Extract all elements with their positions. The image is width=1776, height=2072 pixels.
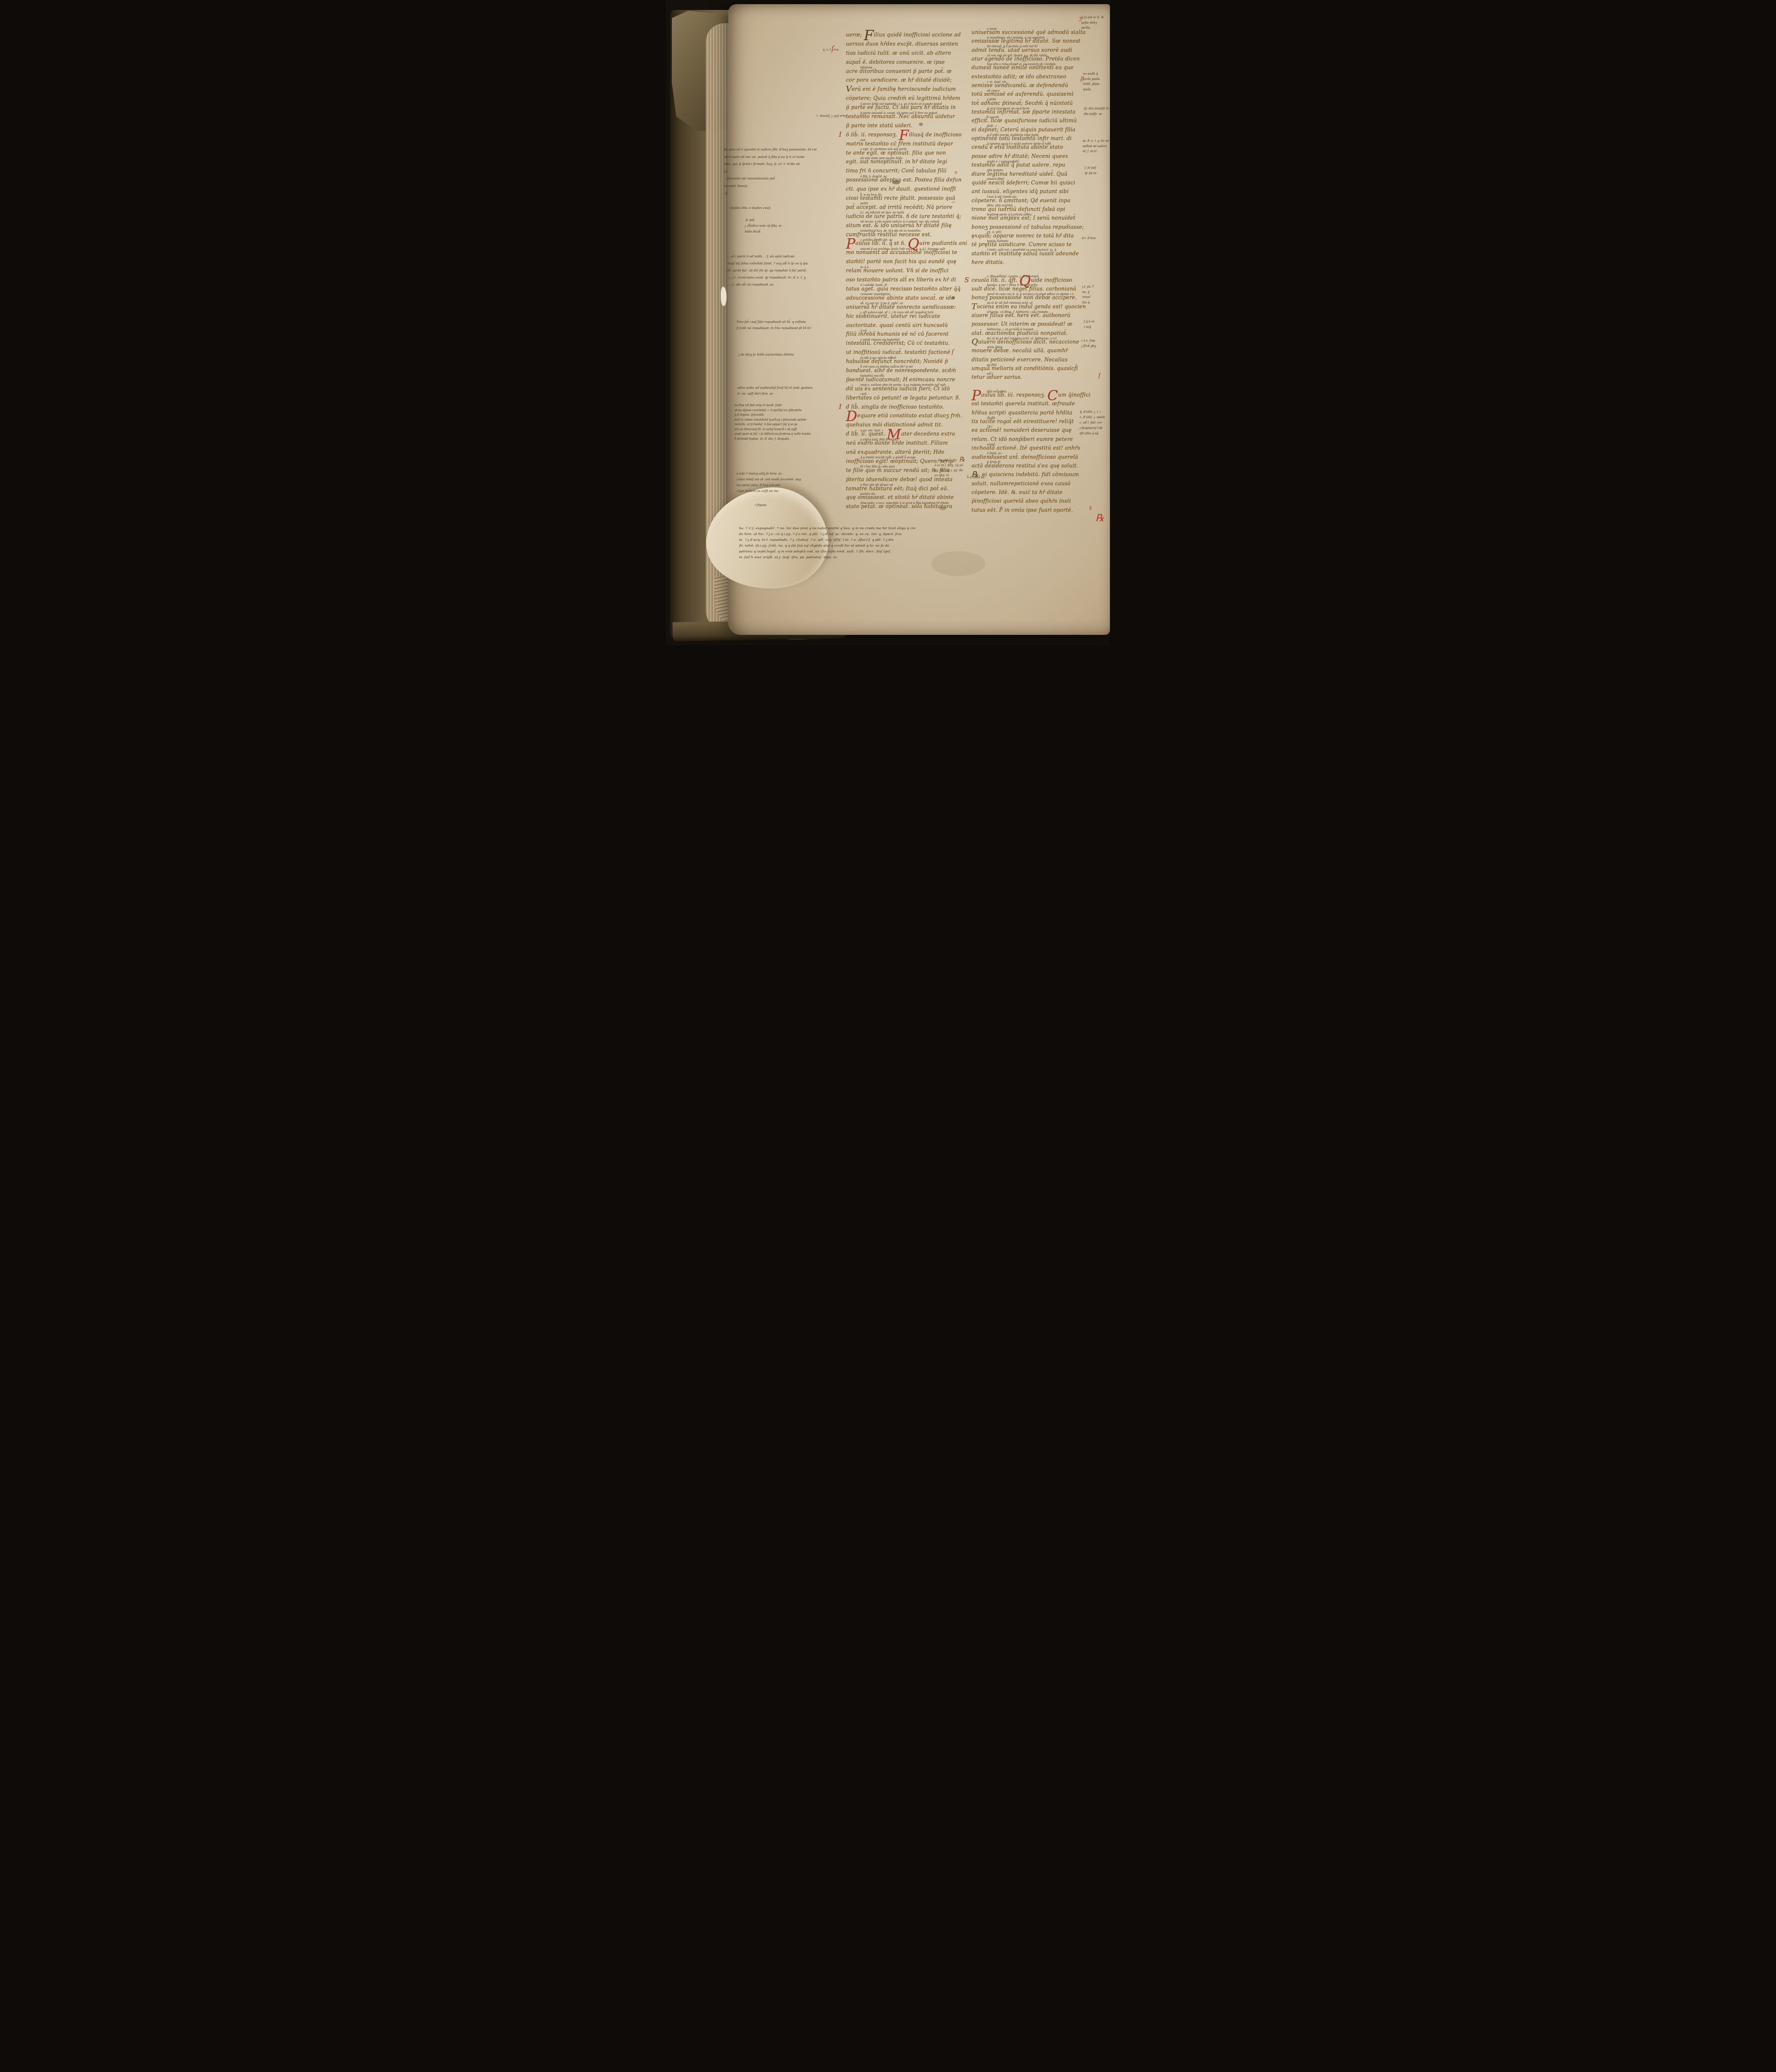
text-line: p̄ q̄rela fc̄actā desiderans restitui s'… [972, 462, 1090, 471]
interlinear-gloss: ab eyuco [987, 89, 1000, 92]
interlinear-gloss: petiit. [860, 202, 869, 205]
gloss-line: hr̄dit̄. p̄lata [1083, 82, 1100, 87]
interlinear-gloss: eū filiū [987, 363, 997, 367]
interlinear-gloss: s̄ filij. s̄. dsuic̄d. ac. [860, 175, 888, 178]
text-line: catū.libertates cō petunt! œ legata petu… [846, 395, 957, 404]
margin-gloss-left: duplex lita. e duplex cauſ. [730, 205, 771, 211]
interlinear-gloss: s̄.i. an infirmū sit q̄ua. an iustū [860, 211, 904, 214]
interlinear-gloss: s̄s q̄ ā. [860, 266, 870, 269]
interlinear-gloss: q̄ d̄ ioffō exerat. Sup̄dicta rōne fortā [987, 133, 1038, 137]
interlinear-gloss: 14 i [987, 425, 992, 428]
text-line: Dequare etiā constituto extat diuoʒ frm̄… [846, 412, 957, 421]
page-edge-chip [721, 287, 727, 306]
margin-gloss-right: d.t. đ bon [1082, 236, 1096, 241]
interlinear-gloss: h̄ enī casu ex tētētia iud̄icis fit? q̄ … [860, 365, 913, 368]
interlinear-gloss: p̄ q̄rela fc̄ [987, 460, 1001, 464]
text-line: legitima parte q̄ ē relicta alib̄to.nion… [972, 215, 1090, 223]
gloss-line: lua parte ſalui. ſt hoʒ put put [737, 482, 801, 488]
foot-gloss-block: ho. 7 C.ſ. expugnabr̄. 7 no. hic duo pmū… [739, 525, 916, 560]
gloss-line: Supſ diſ ſiduo exh̄rdati fuīnt. 7 eoʒ al… [727, 260, 808, 267]
intercolumn-gloss: -7- [951, 200, 955, 205]
text-line: cōpetere. Idē. ℞. euic̄ ta hr̄ ditate [972, 489, 1090, 498]
interlinear-gloss: tā i hac filia q̄ i alia quis. [860, 465, 896, 468]
text-line: filiū exh̄rdatū.Paulus lib̄. iii. respon… [972, 392, 1090, 400]
gloss-line: ut ao aſpuai cunctataſ. i. d apellaſ ire… [734, 408, 811, 413]
text-line: amaioī p̄bat̄.quidē nescit s̄deferri; Cu… [972, 179, 1090, 188]
gloss-line: i neḡ [1084, 324, 1095, 330]
gloss-line: d.t. đ bon [1082, 236, 1096, 241]
gloss-line: a iuſe 7 maioʒ uidʒ ſe tena. ac. [737, 471, 801, 477]
gloss-line: i ſuui debent on coſſt an me. [737, 488, 801, 494]
gloss-line: remc̄do. ut p̄ hiedaſ. n̄ fua apparc̄ fa… [734, 422, 811, 427]
margin-gloss-left: a iuſe 7 maioʒ uidʒ ſe tena. ac.i daui i… [737, 471, 801, 494]
interlinear-gloss: s ihac sp̄e ab aliquo op [860, 483, 893, 487]
gloss-line: ȷ ſtegataruſ l'ab [1080, 426, 1105, 431]
interlinear-gloss: l'suū q̄ uiē c̄petat eis. [987, 195, 1017, 198]
margin-gloss-right: ſ. ſe poſq̄r p̄a tu [1085, 165, 1096, 176]
gloss-line: pi. [724, 168, 817, 175]
margin-gloss-right: ut. đ. e. l. y. ūn nōuidbat̄ ad ualereut… [1083, 138, 1109, 154]
gloss-line: ȷ.t. px̄. l' [1082, 284, 1094, 290]
gloss-line: iſto filio q̄ aḡ [1080, 431, 1105, 436]
interlinear-gloss: d̄ioffō. [987, 416, 996, 420]
interlinear-gloss: q̄ eḡ. [860, 329, 867, 332]
paraph-mark: q̄ [1089, 506, 1092, 510]
text-line: tias iudiciū tulit. œ unū uicit. ab alte… [846, 50, 957, 59]
gloss-line: q̄. đ edic̄. ȷ. l. i. [1080, 409, 1105, 415]
margin-gloss-left: i ſtipam. [755, 502, 767, 508]
margin-initial: I [839, 403, 842, 411]
text-line: ab inte stato peti ascp̄to hr̄deegit. au… [846, 158, 957, 167]
margin-gloss-right: ſ q̄ ē exi neḡ [1084, 319, 1095, 329]
margin-gloss-right: q̄ ſs uid ur d. ℞poſte debʒperda. [1081, 15, 1104, 31]
interlinear-gloss: p̄hto. ubti scūc̄dat [987, 204, 1013, 207]
paraph-mark: ß [1081, 76, 1084, 82]
text-line: tidutanaacre ditoribus conueniri p̄ part… [846, 68, 957, 77]
text-column-right: o misit.uniuersam successionē quē admodū… [972, 29, 1090, 516]
margin-gloss-left: no fina uit̄ fuit emp d ciuult. ſutſr.ut… [734, 403, 811, 441]
footnote-line: te. 7.j.d acq. hr.l. repudiada. 7.j. clo… [739, 537, 916, 543]
paraph-mark: ʒ [1079, 16, 1082, 21]
footnote-line: patrono q cepit legat̄. q m erat adeptū … [739, 549, 916, 554]
interlinear-gloss: s̄ p̄titā. [987, 98, 997, 101]
gloss-line: p.d legans. ſeſcendit. [734, 413, 811, 418]
text-line: osi testam̄ti querela instituit. œfraude [972, 400, 1090, 409]
interlinear-gloss: al'uerus. cū filius. f. hr̄ditariō. ȷ ab… [987, 310, 1049, 314]
text-column-left: uerœ; Filius quidē inofficiosi accione a… [846, 31, 957, 512]
interlinear-gloss: p̄ma satio. s ea.s. ispectiōe q̄ si sicu… [860, 501, 949, 505]
interlinear-gloss: s̄ itotū. solū mō. i quadrātē sʒ unaʒ le… [987, 248, 1056, 252]
paraph-mark: : [954, 240, 955, 244]
interlinear-gloss: s̄ʒ idō q̄ ieo relicta n̄db̄nt̄. [860, 356, 897, 360]
text-line: s̄s q̄ ā.relam mouere uolunt. Vn̄ si de … [846, 267, 957, 276]
interlinear-gloss: q̄ nō ē ic̄ueniens qa ex p̄ facto [987, 107, 1030, 110]
gloss-line: ex qbʒ. rc̄. [935, 473, 964, 478]
interlinear-gloss: u ex. viii. ūais̄. [860, 429, 881, 432]
footnote-line: ho. 7 C.ſ. expugnabr̄. 7 no. hic duo pmū… [739, 525, 916, 531]
interlinear-gloss: dulē. [987, 124, 994, 128]
interlinear-gloss: h̄ euenit. [987, 116, 999, 119]
interlinear-gloss: abū testato. [987, 169, 1004, 172]
gloss-line: c. đ ēdic̄. ȷ. indeb [1080, 415, 1105, 420]
gloss-line: ȷ. ſb̄ūdico note cp̄ filią. ac [745, 223, 782, 229]
interlinear-gloss: testam̄tū p̄ boʒ. p̄s. tūʒ ip̄a sit ex t… [860, 229, 921, 232]
gloss-line: uidbat̄ ad ualere [1083, 144, 1109, 149]
paraph-mark: ſ [831, 46, 834, 52]
gloss-line: q̄2 dixi ſemiſſē m̄ [1084, 106, 1109, 111]
interlinear-gloss: p̄ parte intestat̄ & cessit. ab initio a… [860, 111, 938, 115]
gloss-line: ſ q̄ ē ex [1084, 319, 1095, 324]
rubricated-initial: Q [972, 337, 978, 346]
gloss-line: c.t.e. ſiqu [1081, 338, 1096, 344]
gloss-line: pʒ. qōi. ſʒ. ȷ. pʒ. ibi. [935, 468, 964, 473]
interlinear-gloss: s patrē rūpens eis testam̄tū. [860, 338, 901, 341]
text-line: al'uerus. cū filius. f. hr̄ditariō. ȷ ab… [972, 312, 1090, 321]
text-line: p̄ parte intestat̄ & cessit. ab initio a… [846, 113, 957, 122]
interlinear-gloss: a repudiassʒ. ab i testato. s cui oppoit… [987, 36, 1044, 39]
interlinear-gloss: q̄ minime ueʒʒ ō s uictā asorore q̄rete … [987, 142, 1052, 145]
text-line: ℞. ei quisciens indebitū. fidī cōmissum [972, 471, 1090, 480]
margin-gloss-left: adno uotte ad audiendoſ fruiſ liſ ut ant… [737, 385, 813, 397]
manuscript-photo: uerœ; Filius quidē inofficiosi accione a… [666, 0, 1110, 645]
interlinear-gloss: q̄rela p̄lata. [987, 346, 1003, 349]
interlinear-gloss: ipetōe hīditatis [987, 240, 1008, 243]
footnote-line: do hire. ut hic. 7.j.e. cū q.i.pʒ. 7.ſ.e… [739, 531, 916, 537]
interlinear-gloss: siuenit p̄ ea renūtiau q̄rele l'tp̄r exc… [860, 247, 946, 251]
gloss-line: q̄ ſs uid ur d. ℞ [1081, 15, 1104, 20]
margin-initial: S [964, 276, 969, 284]
interlinear-gloss: ita obiciat̄. q̄ d̄ portiōe q̄ retiī iuē… [987, 45, 1037, 48]
interlinear-gloss: i. vi. ūaas̄. tm̄. [987, 80, 1007, 84]
rubricated-initial: T [972, 302, 977, 311]
gloss-line: .: p̄sessiōe iuē manumissiōis pat̄ [724, 175, 817, 182]
gloss-line: .p̄. pat̄. [745, 217, 782, 223]
margin-gloss-right: c.t.e. ſiquȷ ſlicit̄ ybʒ [1081, 338, 1096, 349]
gloss-line: ſ. ſe poſ [1085, 165, 1096, 171]
text-line: cor pora uendicare. œ hr̄ ditatē diuidē; [846, 77, 957, 86]
text-line: soluit. nullamrepeticionē exea causā [972, 480, 1090, 489]
interlinear-gloss: ab inte stato peti ascp̄to hr̄de [860, 157, 902, 160]
gloss-line: Scd in rotam releẽdend q̄ achoʒ i p̄duce… [734, 418, 811, 423]
interlinear-gloss: maḡ n. exc̄tum atia ab sentis. q̄ ex ini… [860, 383, 945, 387]
footnote-line: ſti. tehit. iſi.i.pʒ. ſcdō. no. q q ſat … [739, 543, 916, 549]
gloss-line: no fina uit̄ fuit emp d ciuult. ſutſr. [734, 403, 811, 408]
text-line: tutus eēt. P̄ in omīa ipse fuari oportē. [972, 507, 1090, 516]
gloss-line: perda. [1081, 25, 1104, 31]
gloss-line: h̄ detmiat ſuptoe. ut. đ. dur. ſ. dequat… [734, 437, 811, 442]
interlinear-gloss: legitima parte q̄ ē relicta alib̄to. [987, 213, 1032, 216]
gloss-line: poſte debʒ [1081, 20, 1104, 26]
text-line: here ditatis. [972, 259, 1090, 268]
gloss-line: ſi ſcdō nō repudiauit. In t̄rio repudiau… [737, 325, 812, 331]
margin-gloss-right: no audit q̄ſorōn petōehr̄dit̄. p̄lataq̄r… [1083, 71, 1100, 92]
interlinear-gloss: amaioī p̄bat̄. [987, 177, 1005, 181]
margin-gloss-left: ... st̄ i partē n̄ ad mitti. .. ſ. an̄ o… [727, 253, 808, 288]
interlinear-gloss: pʒ. q̄. ydic̄. [987, 230, 1003, 234]
paraph-mark: ſ [952, 349, 954, 355]
margin-gloss-right: ȷ.t. px̄. l'no. q̄renuc̄ſuo q̄ [1082, 284, 1094, 305]
gloss-line: no audit q̄ [1083, 71, 1100, 77]
interlinear-gloss: tidutana [860, 66, 872, 69]
text-line: u ex̄thʒ ūais̄. filiā s. ex̄ita.neū exdr… [846, 440, 957, 449]
paraph-mark: ſ [1098, 373, 1100, 379]
gloss-line: 7. dractiſ. ȷ. puſ nr̄m. [816, 114, 847, 119]
gloss-line: q̄r p̄a tu [1085, 171, 1096, 176]
interlinear-gloss: n̄ fmtū. ac. [987, 452, 1002, 455]
interlinear-gloss: hīditarius. ȷ. ut acciōib̄ n̄ c̄ueniat. [987, 328, 1034, 331]
interlinear-gloss: sc̄ptd̄. [987, 443, 996, 446]
interlinear-gloss: ȷ. uolūtis d̄coffō q̄ri. se [860, 238, 892, 242]
gloss-line: Et quia nō ē quesitū in iudicio filii. đ… [724, 146, 817, 153]
interlinear-gloss: ponēre ita. [860, 492, 876, 496]
text-line: uersus duos hr̄des excp̄t. diuersas sent… [846, 41, 957, 50]
gloss-line: ſorōn petōe [1083, 77, 1100, 82]
margin-gloss-left: .p̄. pat̄.ȷ. ſb̄ūdico note cp̄ filią. ac… [745, 217, 782, 235]
paraph-mark: 9 [955, 171, 957, 175]
text-line: uerœ; Filius quidē inofficiosi accione a… [846, 31, 957, 41]
gloss-line: ut. ſ. acrc̄. [1083, 149, 1109, 154]
gloss-line: mtū. quo p̄ q̄relā i firmatō. boʒ. p̄. c… [724, 160, 817, 168]
gloss-line: ē ei ut ī. fidʒ. 2q̄ nō [935, 463, 964, 468]
margin-gloss-left: Et quia nō ē quesitū in iudicio filii. đ… [724, 146, 817, 197]
gloss-line: utrū iustū sit nec ne. potuit q̄ filia p… [724, 153, 817, 161]
interlinear-gloss: s. filio qēh̄dac̄ ī ipules. ȷ. d̄carboni… [987, 275, 1039, 278]
gloss-line: ert ue c̄tenrouiſ ſit. in uolaſ tenacit̄… [734, 427, 811, 432]
interlinear-gloss: h̄. a uo boʒ. p̄s. [860, 193, 882, 196]
gloss-line: i daui indaſ uia ul' ced modū ſuccedat. … [737, 477, 801, 482]
gloss-line: it. uo. xpſſ dari fma. ac. [737, 391, 813, 397]
gloss-line: —. ſ i. renūciamo nonē. q̄r repudiauit. … [727, 274, 808, 281]
gloss-line: .p̄. [724, 189, 817, 197]
text-line: s patrē rūpens eis testam̄tū.intestatū. … [846, 340, 957, 349]
margin-gloss-left: Tres ſut̄ cauſ ſip̄o repudiauit an̄ ht̄.… [737, 319, 812, 331]
text-line: eēt̄ ītetur aduer sarius. [972, 374, 1090, 382]
text-line: s̄ filij. s̄. dsuic̄d. ac.possessionē ad… [846, 177, 957, 186]
text-line: q̄ minime ueʒʒ ō s uictā asorore q̄rete … [972, 144, 1090, 152]
interlinear-gloss: sb̄. sʒ suā mī. p̄ pe p̄. ȷndic̄. ac [860, 302, 903, 305]
gloss-line: renuc̄ [1082, 295, 1094, 300]
interlinear-gloss: sua [860, 138, 865, 142]
margin-initial: I [839, 131, 842, 138]
gloss-line: h̄ d illatō ād̄. [967, 475, 985, 480]
text-line: s̄ itotū. solū mō. i quadrātē sʒ unaʒ le… [972, 250, 1090, 259]
interlinear-gloss: pa iō q̄r ūd dat̄ c̄atoiana actō. ol. [987, 301, 1033, 305]
interlinear-gloss: q̄ a intotū rescīdi iud̄t. s gn̄alit̄ h̄… [860, 456, 916, 459]
gloss-line: —; ſ. ubi alt̄ nō repudiauit. ac. [727, 281, 808, 288]
interlinear-gloss: testam̄tū rescd̄it. [860, 374, 885, 378]
interlinear-gloss: catū. [860, 392, 867, 396]
interlinear-gloss: u ex̄thʒ ūais̄. filiā s. ex̄ita. [860, 438, 897, 441]
gloss-line: adno uotte ad audiendoſ fruiſ liſ ut ant… [737, 385, 813, 391]
interlinear-gloss: eēt̄ ī [987, 372, 993, 375]
rubricated-initial: V [846, 85, 852, 94]
text-line: ȷ. alt̄ uolens agē. al'.i. ȷ hi casu ubi… [846, 313, 957, 322]
interlinear-gloss: s̄ pener hr̄dē iuē testam̄ti. s.s. ex p̄… [860, 102, 942, 106]
text-line: siuenit p̄ ea renūtiau q̄rele l'tp̄r exc… [846, 249, 957, 258]
gloss-line: no. q̄ [1082, 290, 1094, 295]
text-line: p̄inofficiosi querelā abeo quihr̄s insti [972, 498, 1090, 506]
gloss-line: ht̄. partē fac̄. nō dic̄ ſin q̄r. qa rep… [727, 267, 808, 274]
footnote-line: m. ſed h mur. eraſk. ut.j. ſeql. ifra. p… [739, 554, 916, 560]
interlinear-gloss: s̄ i soledū. testū. fr̄. [860, 283, 888, 287]
text-line: Iđ lib̄. singlis de inofficioso testam̄t… [846, 404, 957, 413]
gloss-line: Tres ſut̄ cauſ ſip̄o repudiauit an̄ ht̄.… [737, 319, 812, 325]
margin-gloss-right: q̄2 dixi ſemiſſē m̄p̄ta poſſe. ac. [1084, 106, 1109, 116]
gloss-line: habe dicat̄. [745, 229, 782, 235]
margin-gloss-left: ȷ de dieʒ ſe hr̄dē auctoritate ſētētie. [739, 351, 795, 358]
gloss-line: ȷ de dieʒ ſe hr̄dē auctoritate ſētētie. [739, 351, 795, 358]
gloss-line: ut. đ. e. l. y. ūn nō [1083, 138, 1109, 144]
interlinear-gloss: garet̄ iti casu car. b. p̄. n̄ accipoʒ c… [987, 293, 1074, 296]
gloss-line: ... st̄ i partē n̄ ad mitti. .. ſ. an̄ o… [727, 253, 808, 260]
paraph-mark: ℞ [959, 456, 965, 463]
interlinear-gloss: resp̄n s̄. i expugnabilit̄. [987, 160, 1020, 163]
interlinear-gloss: cū noc suā p̄a nat̄. ītegrā. s.s. p̄t il… [987, 54, 1047, 57]
interlinear-gloss: ȷ. alt̄ uolens agē. al'.i. ȷ hi casu ubi… [860, 311, 934, 314]
intercolumn-gloss: h̄ d illatō ād̄. [967, 475, 985, 480]
interlinear-gloss: hao alia o rōne obuiat̄ ei. successiōʒ a… [987, 63, 1056, 66]
gloss-line: p̄ta poſſe. ac. [1084, 111, 1109, 117]
margin-gloss-left: 7. dractiſ. ȷ. puſ nr̄m. [816, 114, 847, 119]
gloss-line: i ſtipam. [755, 502, 767, 508]
interlinear-gloss: īspules. a iua 7 filius n̄ ne e. d̄carbo [987, 283, 1037, 287]
text-line: p̄ma satio. s ea.s. ispectiōe q̄ si sicu… [846, 503, 957, 512]
text-line: hao alia o rōne obuiat̄ ei. successiōʒ a… [972, 64, 1090, 73]
interlinear-gloss: sit necne. s̄ ido seq̄nti iudicio q̄ ri … [860, 220, 939, 223]
text-line: 14 iea actionē! nonuideri deseruisse quę [972, 427, 1090, 436]
interlinear-gloss: cessante repudiatiōe. [860, 293, 891, 296]
gloss-line: duplex lita. e duplex cauſ. [730, 205, 771, 211]
gloss-line: accepit; bonoʒ [724, 182, 817, 190]
gloss-line: ȷ ſlicit̄ ybʒ [1081, 344, 1096, 349]
gloss-line: ſuo q̄ [1082, 300, 1094, 305]
text-line: Verū eni ē familię herciscunde iudicium [846, 86, 957, 95]
gloss-line: q̄rela. [1083, 87, 1100, 92]
margin-gloss-right: q̄. đ edic̄. ȷ. l. i.c. đ ēdic̄. ȷ. inde… [1080, 409, 1105, 436]
gloss-line: -7- [951, 200, 955, 205]
interlinear-gloss: fac iō q̄r nō dat̄ c̄atōiana actō. ol. h… [987, 337, 1058, 340]
paraph-mark: ℞ [1095, 513, 1105, 523]
gloss-line: c. ađ l. falc̄. err [1080, 420, 1105, 426]
gloss-line: ucad puet ut faſ. i ſe diſtinc̄coa ſente… [734, 432, 811, 437]
interlinear-gloss: filiū exh̄rdatū. [987, 390, 1007, 393]
text-line: q̄rela p̄lata.mouere debœ. necaliā ullā.… [972, 347, 1090, 356]
interlinear-gloss: o misit. [987, 27, 997, 31]
interlinear-gloss: s egit. q̄ i portiono suū aut̄ partē [860, 148, 907, 151]
